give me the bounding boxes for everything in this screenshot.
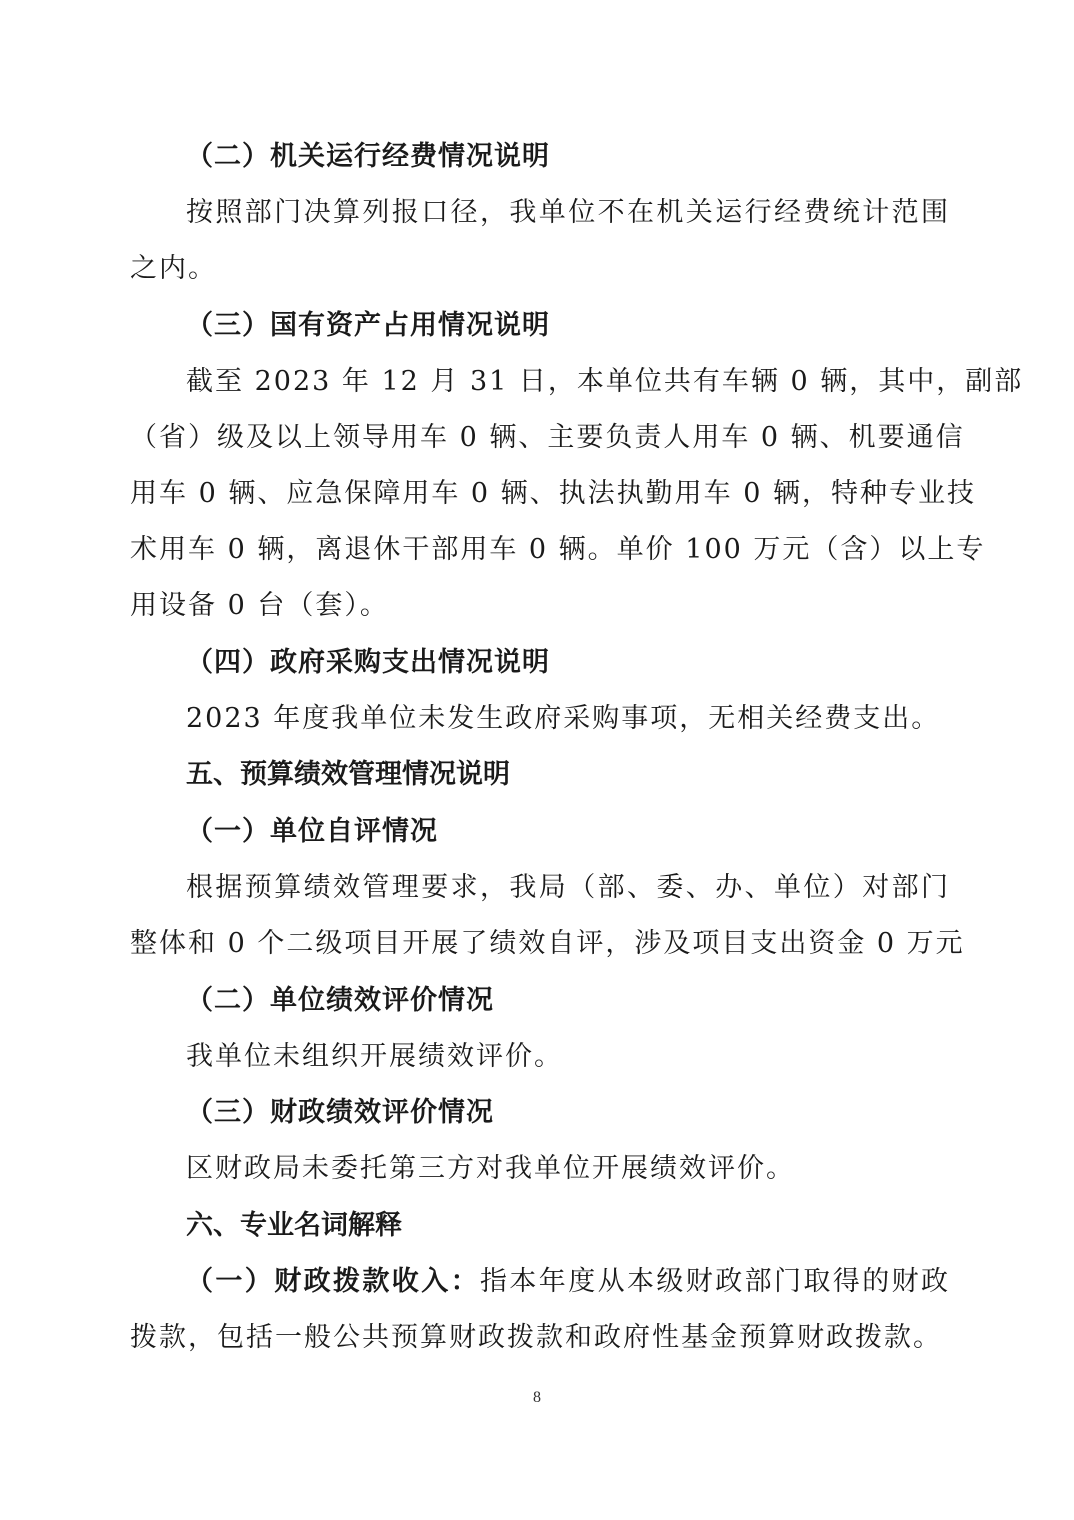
glossary-term: （一）财政拨款收入：: [186, 1266, 480, 1297]
section-heading-operating-expenses: （二）机关运行经费情况说明: [186, 140, 1006, 174]
section-heading-procurement: （四）政府采购支出情况说明: [186, 646, 1006, 680]
paragraph-line: 拨款，包括一般公共预算财政拨款和政府性基金预算财政拨款。: [130, 1321, 926, 1355]
paragraph-line: 用车 0 辆、应急保障用车 0 辆、执法执勤用车 0 辆，特种专业技: [130, 477, 950, 511]
glossary-entry-line: （一）财政拨款收入：指本年度从本级财政部门取得的财政: [186, 1265, 950, 1299]
part-heading-performance-management: 五、预算绩效管理情况说明: [186, 758, 1006, 792]
paragraph-line: 截至 2023 年 12 月 31 日，本单位共有车辆 0 辆，其中，副部: [186, 365, 950, 399]
paragraph-line: 整体和 0 个二级项目开展了绩效自评，涉及项目支出资金 0 万元: [130, 927, 936, 961]
paragraph-line: 我单位未组织开展绩效评价。: [186, 1040, 1006, 1074]
paragraph-line: 术用车 0 辆，离退休干部用车 0 辆。单价 100 万元（含）以上专: [130, 533, 950, 567]
section-heading-fiscal-evaluation: （三）财政绩效评价情况: [186, 1096, 1006, 1130]
paragraph-line: 用设备 0 台（套）。: [130, 589, 950, 623]
section-heading-unit-evaluation: （二）单位绩效评价情况: [186, 984, 1006, 1018]
glossary-definition: 指本年度从本级财政部门取得的财政: [480, 1266, 950, 1297]
paragraph-line: （省）级及以上领导用车 0 辆、主要负责人用车 0 辆、机要通信: [130, 421, 950, 455]
document-page: （二）机关运行经费情况说明 按照部门决算列报口径，我单位不在机关运行经费统计范围…: [0, 0, 1074, 1520]
section-heading-self-evaluation: （一）单位自评情况: [186, 815, 1006, 849]
part-heading-glossary: 六、专业名词解释: [186, 1209, 1006, 1243]
page-number: 8: [0, 1389, 1074, 1407]
paragraph-line: 2023 年度我单位未发生政府采购事项，无相关经费支出。: [186, 702, 1006, 736]
section-heading-state-assets: （三）国有资产占用情况说明: [186, 309, 1006, 343]
paragraph-line: 之内。: [130, 252, 950, 286]
paragraph-line: 区财政局未委托第三方对我单位开展绩效评价。: [186, 1152, 1006, 1186]
paragraph-line: 根据预算绩效管理要求，我局（部、委、办、单位）对部门: [186, 871, 950, 905]
paragraph-line: 按照部门决算列报口径，我单位不在机关运行经费统计范围: [186, 196, 950, 230]
